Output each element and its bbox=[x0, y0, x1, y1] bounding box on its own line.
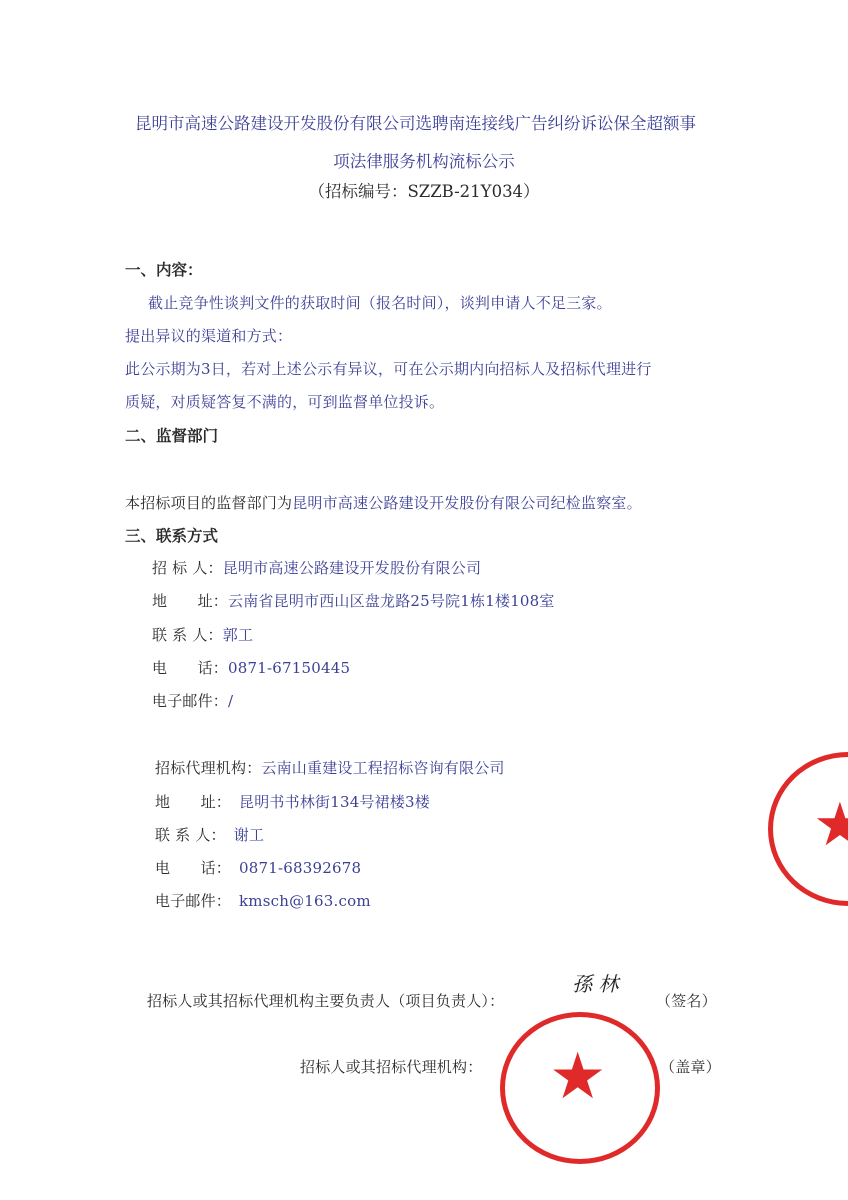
field-label: 电子邮件： bbox=[152, 692, 228, 710]
agency-contact-row: 联 系 人：谢工 bbox=[155, 824, 264, 845]
field-label: 电 话： bbox=[155, 859, 231, 877]
star-icon: ★ bbox=[813, 795, 848, 855]
field-value: / bbox=[228, 692, 233, 710]
field-value: 昆明市高速公路建设开发股份有限公司 bbox=[223, 559, 481, 577]
supervision-prefix: 本招标项目的监督部门为 bbox=[125, 494, 292, 512]
field-label: 电 话： bbox=[152, 659, 228, 677]
field-label: 地 址： bbox=[152, 592, 228, 610]
signature-label: 招标人或其招标代理机构主要负责人（项目负责人）： bbox=[147, 990, 504, 1011]
field-value: 0871-68392678 bbox=[239, 859, 361, 877]
field-value: 云南山重建设工程招标咨询有限公司 bbox=[261, 759, 504, 777]
company-seal-stamp: ★ bbox=[500, 1012, 660, 1164]
section-1-heading: 一、内容： bbox=[125, 258, 203, 280]
title-line-1: 昆明市高速公路建设开发股份有限公司选聘南连接线广告纠纷诉讼保全超额事 bbox=[135, 110, 696, 134]
field-value: 谢工 bbox=[234, 826, 264, 844]
field-value: 郭工 bbox=[223, 626, 253, 644]
agency-address-row: 地 址：昆明书书林街134号裙楼3楼 bbox=[155, 791, 430, 812]
signature-suffix: （签名） bbox=[656, 990, 717, 1011]
section-1-para-2-line-1: 此公示期为3日，若对上述公示有异议，可在公示期内向招标人及招标代理进行 bbox=[125, 358, 652, 379]
field-value: kmsch@163.com bbox=[239, 892, 371, 910]
field-label: 电子邮件： bbox=[155, 892, 231, 910]
section-1-para-1: 截止竞争性谈判文件的获取时间（报名时间），谈判申请人不足三家。 bbox=[148, 292, 612, 313]
tender-number: （招标编号：SZZB-21Y034） bbox=[0, 178, 848, 202]
field-label: 联 系 人： bbox=[152, 626, 223, 644]
field-value: 0871-67150445 bbox=[228, 659, 350, 677]
agency-row: 招标代理机构：云南山重建设工程招标咨询有限公司 bbox=[155, 757, 505, 778]
field-label: 地 址： bbox=[155, 793, 231, 811]
field-value: 云南省昆明市西山区盘龙路25号院1栋1楼108室 bbox=[228, 592, 555, 610]
agency-phone-row: 电 话：0871-68392678 bbox=[155, 857, 361, 878]
tenderer-phone-row: 电 话：0871-67150445 bbox=[152, 657, 350, 678]
section-2-heading: 二、监督部门 bbox=[125, 424, 218, 446]
tenderer-address-row: 地 址：云南省昆明市西山区盘龙路25号院1栋1楼108室 bbox=[152, 590, 555, 611]
seal-label: 招标人或其招标代理机构： bbox=[300, 1056, 482, 1077]
section-3-heading: 三、联系方式 bbox=[125, 524, 218, 546]
field-label: 招标代理机构： bbox=[155, 759, 261, 777]
tenderer-row: 招 标 人：昆明市高速公路建设开发股份有限公司 bbox=[152, 557, 481, 578]
tenderer-contact-row: 联 系 人：郭工 bbox=[152, 624, 253, 645]
field-value: 昆明书书林街134号裙楼3楼 bbox=[239, 793, 430, 811]
field-label: 招 标 人： bbox=[152, 559, 223, 577]
field-label: 联 系 人： bbox=[155, 826, 226, 844]
handwritten-signature: 孫 林 bbox=[572, 968, 618, 997]
star-icon: ★ bbox=[549, 1045, 606, 1109]
partial-seal-stamp: ★ bbox=[768, 752, 848, 906]
tenderer-email-row: 电子邮件：/ bbox=[152, 690, 233, 711]
section-1-para-2-line-2: 质疑，对质疑答复不满的，可到监督单位投诉。 bbox=[125, 391, 444, 412]
seal-suffix: （盖章） bbox=[660, 1056, 721, 1077]
title-line-2: 项法律服务机构流标公示 bbox=[0, 148, 848, 172]
supervision-paragraph: 本招标项目的监督部门为昆明市高速公路建设开发股份有限公司纪检监察室。 bbox=[125, 492, 642, 513]
agency-email-row: 电子邮件：kmsch@163.com bbox=[155, 890, 371, 911]
objection-heading: 提出异议的渠道和方式： bbox=[125, 325, 292, 346]
supervision-dept: 昆明市高速公路建设开发股份有限公司纪检监察室。 bbox=[292, 494, 642, 512]
